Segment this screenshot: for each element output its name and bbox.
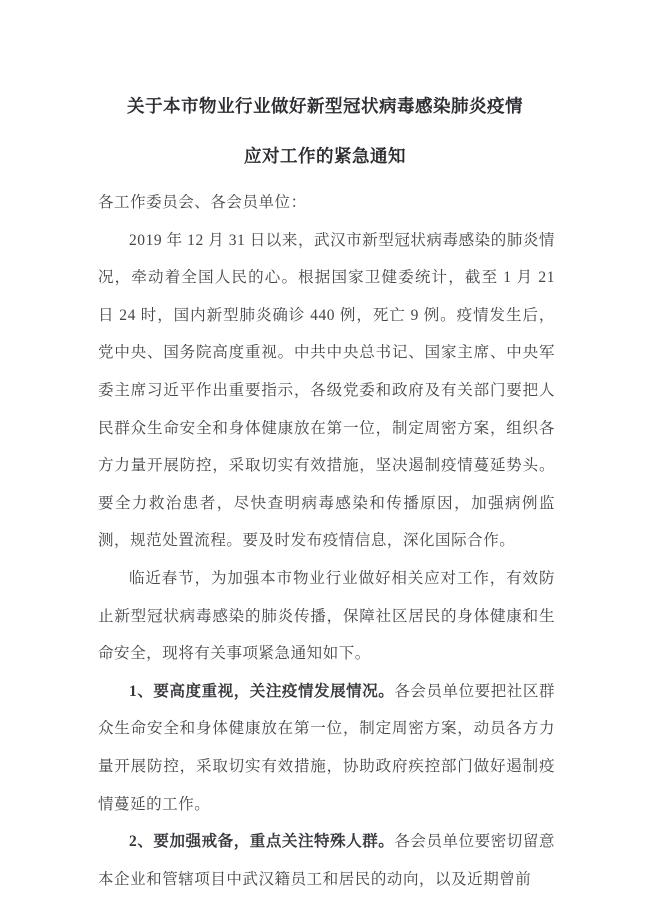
document-title: 关于本市物业行业做好新型冠状病毒感染肺炎疫情 应对工作的紧急通知 [0, 96, 650, 168]
document-body: 各工作委员会、各会员单位： 2019 年 12 月 31 日以来，武汉市新型冠状… [98, 184, 555, 898]
item-1-text: 各会员单位要把社区群众生命安全和身体健康放在第一位，制定周密方案，动员各方力量开… [98, 683, 555, 813]
title-line-1: 关于本市物业行业做好新型冠状病毒感染肺炎疫情 [0, 96, 650, 118]
paragraph-background: 2019 年 12 月 31 日以来，武汉市新型冠状病毒感染的肺炎情况，牵动着全… [98, 222, 555, 560]
paragraph-item-1: 1、要高度重视，关注疫情发展情况。各会员单位要把社区群众生命安全和身体健康放在第… [98, 673, 555, 823]
item-2-heading: 2、要加强戒备，重点关注特殊人群。 [129, 833, 394, 850]
paragraph-purpose: 临近春节，为加强本市物业行业做好相关应对工作，有效防止新型冠状病毒感染的肺炎传播… [98, 560, 555, 673]
document-page: 关于本市物业行业做好新型冠状病毒感染肺炎疫情 应对工作的紧急通知 各工作委员会、… [0, 0, 650, 919]
item-1-heading: 1、要高度重视，关注疫情发展情况。 [129, 683, 394, 700]
salutation: 各工作委员会、各会员单位： [98, 184, 555, 222]
title-line-2: 应对工作的紧急通知 [0, 146, 650, 168]
paragraph-item-2: 2、要加强戒备，重点关注特殊人群。各会员单位要密切留意本企业和管辖项目中武汉籍员… [98, 823, 555, 898]
